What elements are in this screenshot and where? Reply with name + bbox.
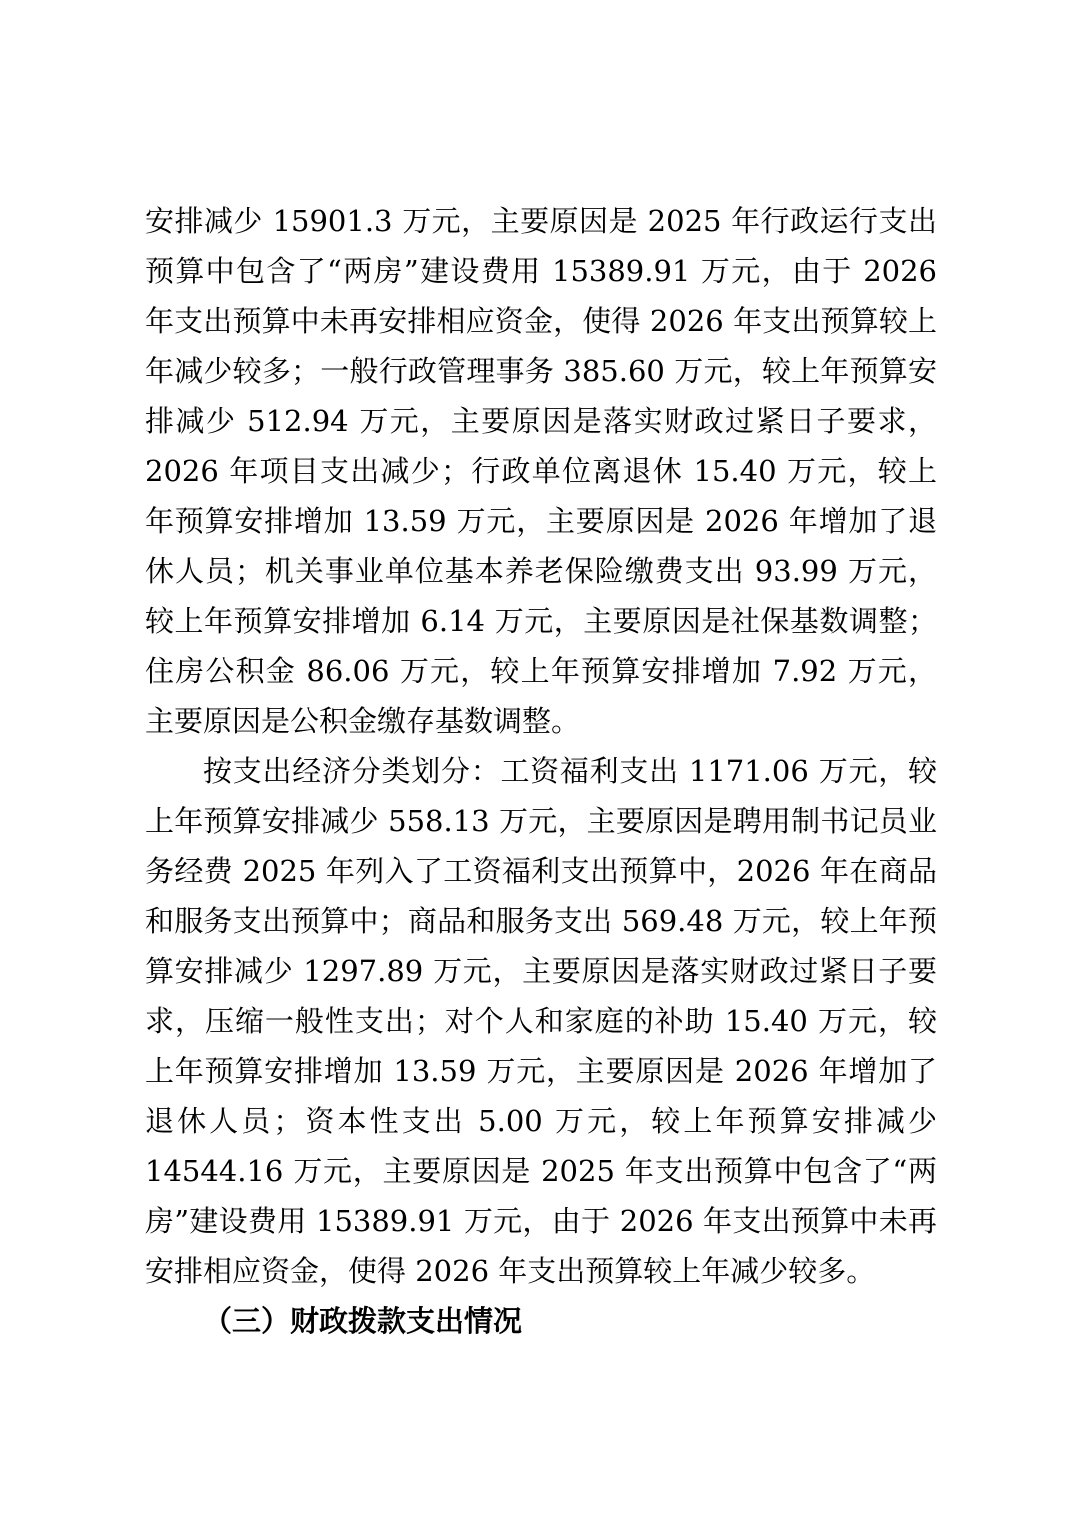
section-heading-fiscal-appropriation-expenditure: （三）财政拨款支出情况 — [145, 1296, 937, 1346]
text-block: 安排减少 15901.3 万元，主要原因是 2025 年行政运行支出预算中包含了… — [145, 196, 937, 1346]
document-page: 安排减少 15901.3 万元，主要原因是 2025 年行政运行支出预算中包含了… — [0, 0, 1074, 1520]
paragraph-economic-classification-breakdown: 按支出经济分类划分：工资福利支出 1171.06 万元，较上年预算安排减少 55… — [145, 746, 937, 1296]
paragraph-functional-classification-breakdown: 安排减少 15901.3 万元，主要原因是 2025 年行政运行支出预算中包含了… — [145, 196, 937, 746]
